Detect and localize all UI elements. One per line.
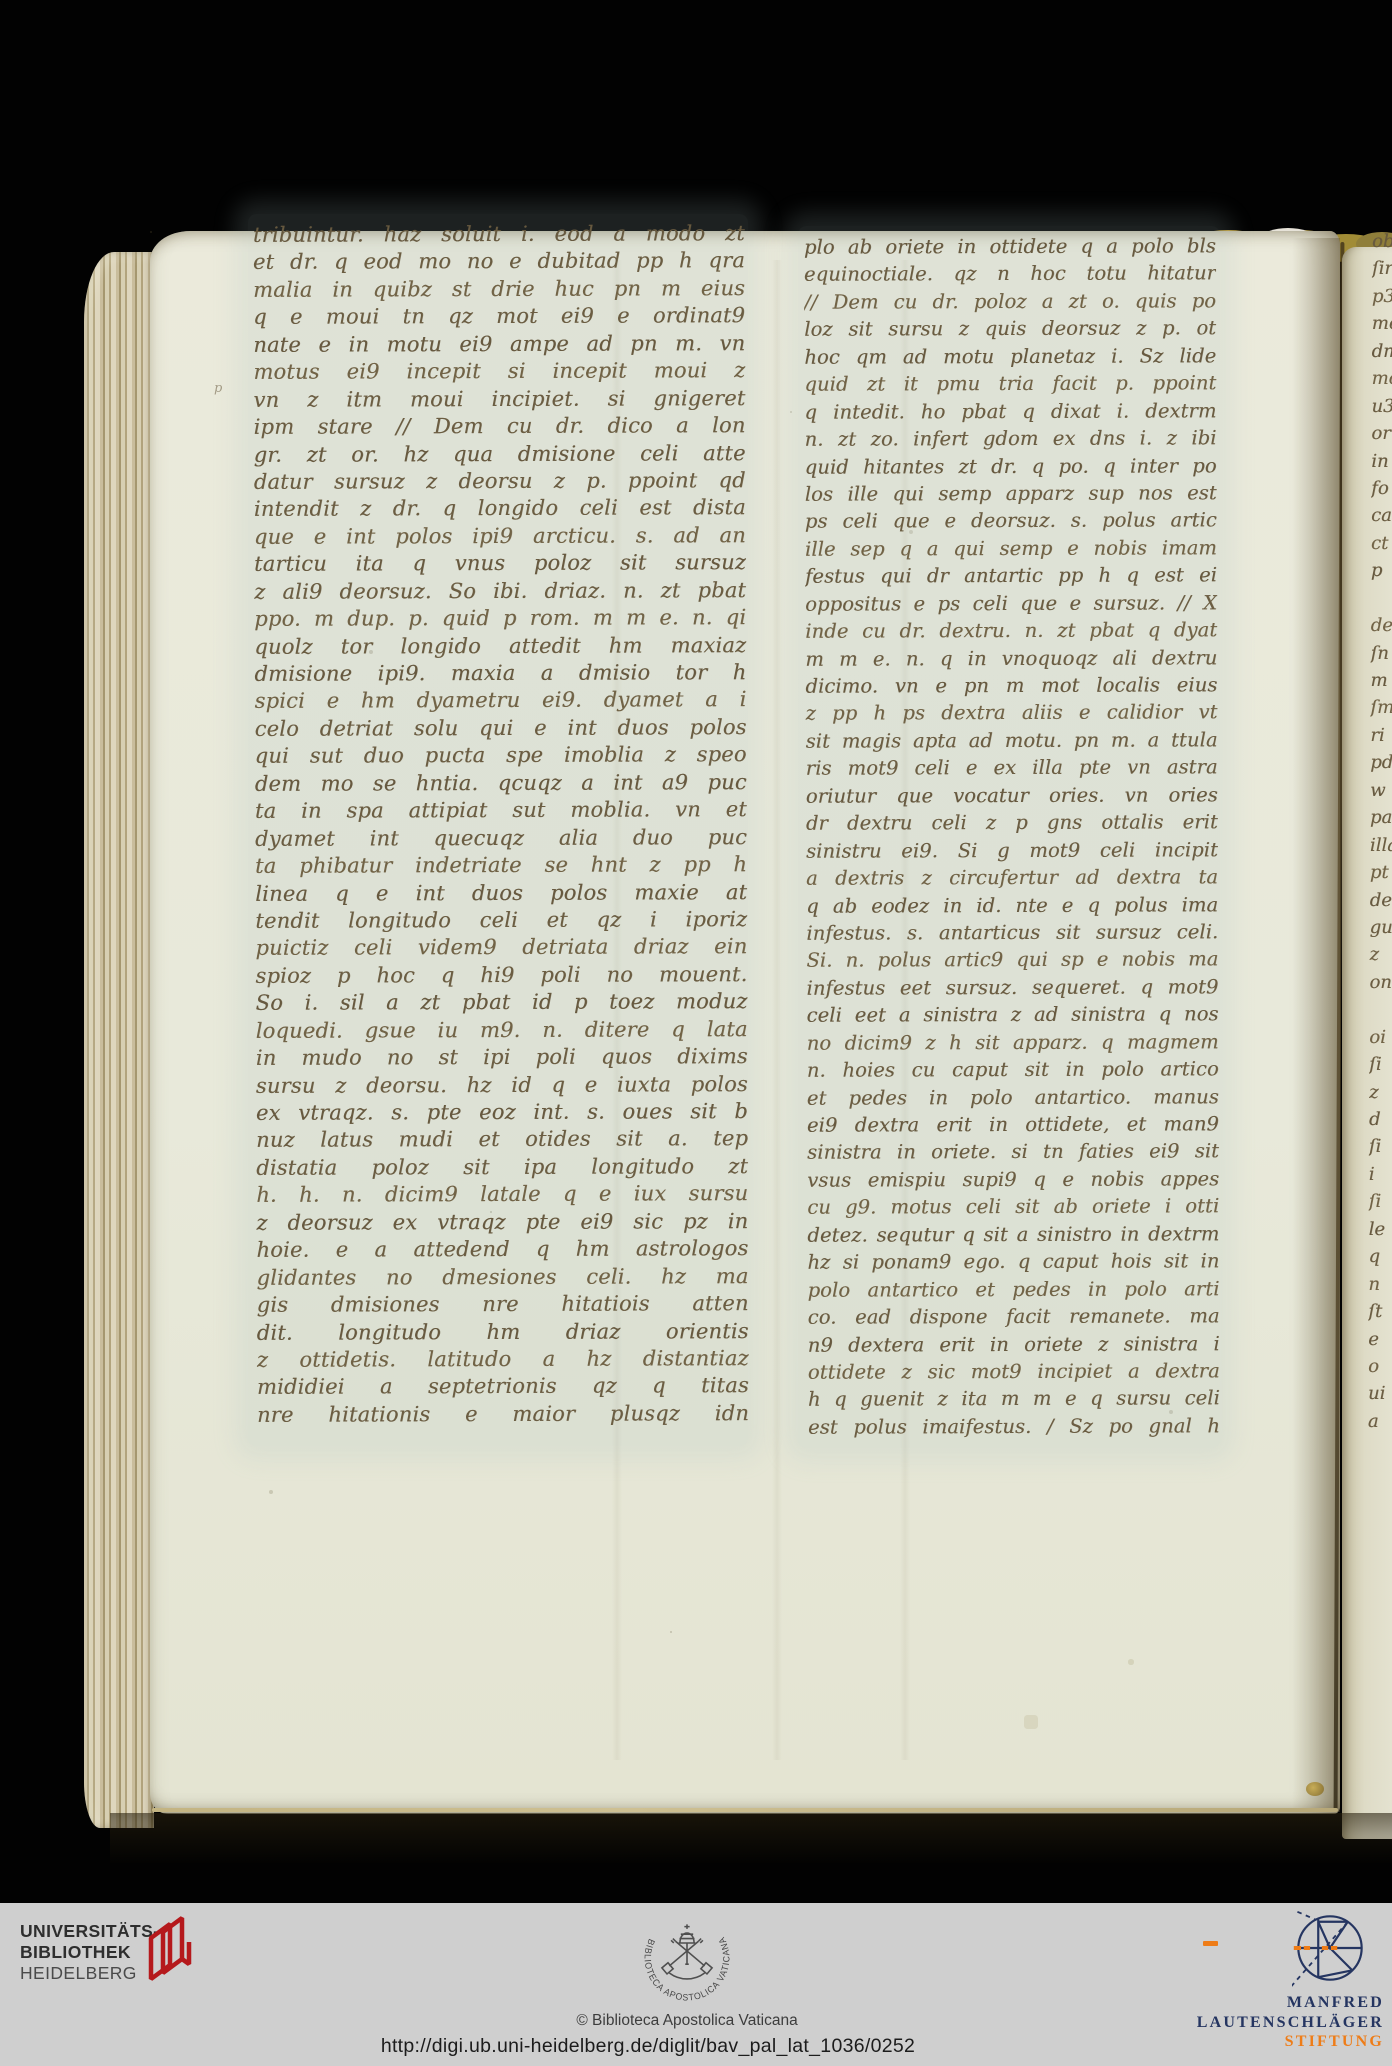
manuscript-line: dyamet int quecuqz alia duo puc — [255, 824, 747, 853]
manuscript-line: quolz tor longido attedit hm maxiaz — [254, 632, 746, 661]
manuscript-line: ri — [1370, 722, 1392, 750]
manuscript-line: que e int polos ipi9 arcticu. s. ad an — [254, 522, 746, 551]
mls-line-2: LAUTENSCHLÄGER — [1197, 2013, 1384, 2033]
manuscript-line: oriutur que vocatur ories. vn ories — [806, 781, 1218, 810]
manuscript-line: p — [1371, 557, 1392, 585]
manuscript-line: spici e hm dyametru ei9. dyamet a i — [255, 687, 747, 716]
manuscript-line: n — [1368, 1271, 1390, 1299]
manuscript-line: in — [1371, 447, 1392, 475]
manuscript-line: z deorsuz ex vtraqz pte ei9 sic pz in — [256, 1208, 748, 1237]
manuscript-line: ſir — [1372, 255, 1392, 283]
manuscript-line: ſi — [1369, 1051, 1391, 1079]
manuscript-line: n. zt zo. infert gdom ex dns i. z ibi — [805, 424, 1217, 453]
manuscript-line: mididiei a septetrionis qz q titas — [257, 1373, 749, 1402]
mls-orange-dash — [1203, 1941, 1218, 1946]
manuscript-line: festus qui dr antartic pp h q est ei — [805, 562, 1217, 591]
manuscript-line: u3 — [1371, 393, 1392, 421]
manuscript-line: tribuintur. haz soluit i. eod a modo zt — [253, 220, 745, 249]
ub-line-3: HEIDELBERG — [20, 1963, 159, 1984]
manuscript-line: datur sursuz z deorsu z p. ppoint qd — [254, 467, 746, 496]
manuscript-line: loz sit sursu z quis deorsuz z p. ot — [804, 315, 1216, 344]
manuscript-line: sit magis apta ad motu. pn m. a ttula — [806, 726, 1218, 755]
manuscript-line: celo detriat solu qui e int duos polos — [255, 714, 747, 743]
manuscript-line: a dextris z circufertur ad dextra ta — [806, 863, 1218, 892]
manuscript-line: de — [1370, 886, 1392, 914]
manuscript-line: z ottidetis. latitudo a hz distantiaz — [257, 1345, 749, 1374]
manuscript-line — [1371, 585, 1392, 613]
manuscript-line: me — [1372, 310, 1392, 338]
manuscript-line: in mudo no st ipi poli quos dixims — [256, 1043, 748, 1072]
manuscript-line: ppo. m dup. p. quid p rom. m m e. n. qi — [254, 604, 746, 633]
ub-heidelberg-wordmark: UNIVERSITÄTS- BIBLIOTHEK HEIDELBERG — [20, 1921, 159, 1984]
manuscript-line: d — [1369, 1106, 1391, 1134]
manuscript-line: z — [1370, 941, 1392, 969]
manuscript-line: et dr. q eod mo no e dubitad pp h qra — [253, 248, 745, 277]
manuscript-line: z — [1369, 1079, 1391, 1107]
manuscript-line: sinistra in oriete. si tn faties ei9 sit — [807, 1138, 1219, 1167]
manuscript-line: loquedi. gsue iu m9. n. ditere q lata — [256, 1016, 748, 1045]
manuscript-line: gr. zt or. hz qua dmisione celi atte — [254, 440, 746, 469]
page-bottom-edge — [152, 1808, 1338, 1812]
manuscript-line: n. hoies cu caput sit in polo artico — [807, 1055, 1219, 1084]
manuscript-line: h. h. n. dicim9 latale q e iux sursu — [256, 1180, 748, 1209]
manuscript-line: tendit longitudo celi et qz i iporiz — [255, 906, 747, 935]
manuscript-line: spioz p hoc q hi9 poli no mouent. — [255, 961, 747, 990]
manuscript-line — [1369, 996, 1391, 1024]
manuscript-line: Si. n. polus artic9 qui sp e nobis ma — [806, 946, 1218, 975]
manuscript-line: dem mo se hntia. qcuqz a int a9 puc — [255, 769, 747, 798]
manuscript-line: nuz latus mudi et otides sit a. tep — [256, 1126, 748, 1155]
manuscript-line: hoie. e a attedend q hm astrologos — [256, 1235, 748, 1264]
manuscript-line: nate e in motu ei9 ampe ad pn m. vn — [253, 330, 745, 359]
manuscript-line: on — [1369, 969, 1391, 997]
manuscript-line: dit. longitudo hm driaz orientis — [257, 1318, 749, 1347]
manuscript-line: mo — [1372, 365, 1392, 393]
manuscript-line: intendit z dr. q longido celi est dista — [254, 495, 746, 524]
manuscript-line: le — [1369, 1216, 1391, 1244]
manuscript-line: ipm stare // Dem cu dr. dico a lon — [254, 412, 746, 441]
manuscript-line: vsus emispiu supi9 q e nobis appes — [807, 1165, 1219, 1194]
manuscript-line: pt — [1370, 859, 1392, 887]
manuscript-line: de — [1371, 612, 1392, 640]
manuscript-line: w — [1370, 777, 1392, 805]
manuscript-line: equinoctiale. qz n hoc totu hitatur — [804, 260, 1216, 289]
mls-globe-icon — [1292, 1909, 1368, 1987]
manuscript-line: ct — [1371, 530, 1392, 558]
manuscript-line: dr dextru celi z p gns ottalis erit — [806, 808, 1218, 837]
manuscript-line: vn z itm moui incipiet. si gnigeret — [253, 385, 745, 414]
manuscript-line: ſm — [1370, 694, 1392, 722]
footer-bar: UNIVERSITÄTS- BIBLIOTHEK HEIDELBERG BIBL… — [0, 1903, 1392, 2066]
ub-heidelberg-book-icon — [142, 1911, 194, 1991]
manuscript-line: q ab eodez in id. nte e q polus ima — [806, 891, 1218, 920]
manuscript-line: nre hitationis e maior plusqz idn — [257, 1400, 749, 1429]
manuscript-line: fo — [1371, 475, 1392, 503]
manuscript-line: dm — [1372, 338, 1392, 366]
manuscript-line: z ali9 deorsuz. So ibi. driaz. n. zt pba… — [254, 577, 746, 606]
manuscript-line: ca — [1371, 502, 1392, 530]
mls-line-3: STIFTUNG — [1197, 2032, 1384, 2052]
manuscript-line: e — [1368, 1325, 1390, 1353]
mls-wordmark: MANFRED LAUTENSCHLÄGER STIFTUNG — [1197, 1993, 1384, 2052]
manuscript-line: q — [1368, 1243, 1390, 1271]
manuscript-line: ris mot9 celi e ex illa pte vn astra — [806, 754, 1218, 783]
vatican-copyright: © Biblioteca Apostolica Vaticana — [576, 2012, 797, 2030]
manuscript-column-right: plo ab oriete in ottidete q a polo blseq… — [804, 232, 1220, 1441]
manuscript-line: m m e. n. q in vnoquoqz ali dextru — [805, 644, 1217, 673]
book-shadow — [110, 1813, 1392, 1865]
manuscript-line: sinistru ei9. Si g mot9 celi incipit — [806, 836, 1218, 865]
manuscript-line: ottidete z sic mot9 incipiet a dextra — [808, 1357, 1220, 1386]
manuscript-line: m — [1370, 667, 1392, 695]
manuscript-line: dmisione ipi9. maxia a dmisio tor h — [254, 659, 746, 688]
manuscript-line: linea q e int duos polos maxie at — [255, 879, 747, 908]
paper-crease — [772, 260, 782, 1760]
manuscript-line: inde cu dr. dextru. n. zt pbat q dyat — [805, 616, 1217, 645]
manuscript-line: ei9 dextra erit in ottidete, et man9 — [807, 1110, 1219, 1139]
manuscript-line: ſn — [1371, 640, 1392, 668]
manuscript-line: et pedes in polo antartico. manus — [807, 1083, 1219, 1112]
gilt-spot — [1306, 1782, 1324, 1796]
manuscript-line: ta in spa attipiat sut moblia. vn et — [255, 796, 747, 825]
manuscript-line: los ille qui semp apparz sup nos est — [805, 479, 1217, 508]
manuscript-line: pd — [1370, 749, 1392, 777]
manuscript-line: est polus imaifestus. / Sz po gnal h — [808, 1412, 1220, 1441]
margin-mark: p — [214, 381, 222, 396]
manuscript-line: ſt — [1368, 1298, 1390, 1326]
manuscript-line: tarticu ita q vnus poloz sit sursuz — [254, 549, 746, 578]
manuscript-line: ob — [1372, 228, 1392, 256]
manuscript-line: glidantes no dmesiones celi. hz ma — [257, 1263, 749, 1292]
manuscript-line: gu — [1370, 914, 1392, 942]
manuscript-line: p3 — [1372, 283, 1392, 311]
scan-source-url: http://digi.ub.uni-heidelberg.de/diglit/… — [381, 2035, 915, 2058]
manuscript-line: celi eet a sinistra z ad sinistra q nos — [807, 1001, 1219, 1030]
manuscript-line: n9 dextera erit in oriete z sinistra i — [808, 1330, 1220, 1359]
manuscript-line: ille sep q a qui semp e nobis imam — [805, 534, 1217, 563]
ub-line-2: BIBLIOTHEK — [20, 1942, 159, 1963]
manuscript-line: motus ei9 incepit si incepit moui z — [253, 357, 745, 386]
facing-page-text-fragments: obſirp3medmmou3orinfocactpdeſnmſmripdwpa… — [1368, 228, 1392, 1435]
manuscript-line: puictiz celi videm9 detriata driaz ein — [255, 934, 747, 963]
paper-speckles — [150, 231, 152, 233]
manuscript-line: cu g9. motus celi sit ab oriete i otti — [807, 1193, 1219, 1222]
manuscript-line: pa — [1370, 804, 1392, 832]
manuscript-line: oppositus e ps celi que e sursuz. // X — [805, 589, 1217, 618]
manuscript-line: distatia poloz sit ipa longitudo zt — [256, 1153, 748, 1182]
manuscript-line: ps celi que e deorsuz. s. polus artic — [805, 507, 1217, 536]
manuscript-line: illa — [1370, 832, 1392, 860]
manuscript-line: a — [1368, 1408, 1390, 1436]
page-edge-stack — [84, 252, 154, 1828]
manuscript-line: q e moui tn qz mot ei9 e ordinat9 — [253, 302, 745, 331]
manuscript-line: ta phibatur indetriate se hnt z pp h — [255, 851, 747, 880]
mls-line-1: MANFRED — [1197, 1993, 1384, 2013]
manuscript-line: polo antartico et pedes in polo arti — [808, 1275, 1220, 1304]
manuscript-line: So i. sil a zt pbat id p toez moduz — [256, 988, 748, 1017]
vatican-library-stamp: BIBLIOTECA APOSTOLICA VATICANA — [628, 1905, 746, 2011]
manuscript-line: or — [1371, 420, 1392, 448]
manuscript-line: h q guenit z ita m m e q sursu celi — [808, 1385, 1220, 1414]
manuscript-line: infestus eet sursuz. sequeret. q mot9 — [806, 973, 1218, 1002]
manuscript-line: sursu z deorsu. hz id q e iuxta polos — [256, 1071, 748, 1100]
manuscript-line: plo ab oriete in ottidete q a polo bls — [804, 232, 1216, 261]
manuscript-line: no dicim9 z h sit apparz. q magmem — [807, 1028, 1219, 1057]
manuscript-line: // Dem cu dr. poloz a zt o. quis po — [804, 287, 1216, 316]
manuscript-line: co. ead dispone facit remanete. ma — [808, 1302, 1220, 1331]
manuscript-line: detez. sequtur q sit a sinistro in dextr… — [807, 1220, 1219, 1249]
manuscript-column-left: tribuintur. haz soluit i. eod a modo zte… — [253, 220, 749, 1429]
manuscript-line: gis dmisiones nre hitatiois atten — [257, 1290, 749, 1319]
manuscript-line: ſi — [1369, 1133, 1391, 1161]
manuscript-line: z pp h ps dextra aliis e calidior vt — [806, 699, 1218, 728]
manuscript-line: quid hitantes zt dr. q po. q inter po — [805, 452, 1217, 481]
manuscript-line: oi — [1369, 1024, 1391, 1052]
manuscript-line: dicimo. vn e pn m mot localis eius — [805, 671, 1217, 700]
manuscript-line: ſi — [1369, 1188, 1391, 1216]
manuscript-line: infestus. s. antarticus sit sursuz celi. — [806, 918, 1218, 947]
manuscript-line: ex vtraqz. s. pte eoz int. s. oues sit b — [256, 1098, 748, 1127]
manuscript-line: qui sut duo pucta spe imoblia z speo — [255, 741, 747, 770]
papal-keys-tiara-emblem — [662, 1924, 712, 1979]
digitized-manuscript-scan: p tribuintur. haz soluit i. eod a modo z… — [0, 0, 1392, 2066]
manuscript-line: quid zt it pmu tria facit p. ppoint — [804, 369, 1216, 398]
manuscript-line: hz si ponam9 ego. q caput hois sit in — [807, 1247, 1219, 1276]
manuscript-line: ui — [1368, 1380, 1390, 1408]
manuscript-line: hoc qm ad motu planetaz i. Sz lide — [804, 342, 1216, 371]
gutter-shadow — [1292, 238, 1340, 1812]
manuscript-line: o — [1368, 1353, 1390, 1381]
manuscript-line: q intedit. ho pbat q dixat i. dextrm — [804, 397, 1216, 426]
ub-line-1: UNIVERSITÄTS- — [20, 1921, 159, 1942]
manuscript-line: malia in quibz st drie huc pn m eius — [253, 275, 745, 304]
manuscript-line: i — [1369, 1161, 1391, 1189]
